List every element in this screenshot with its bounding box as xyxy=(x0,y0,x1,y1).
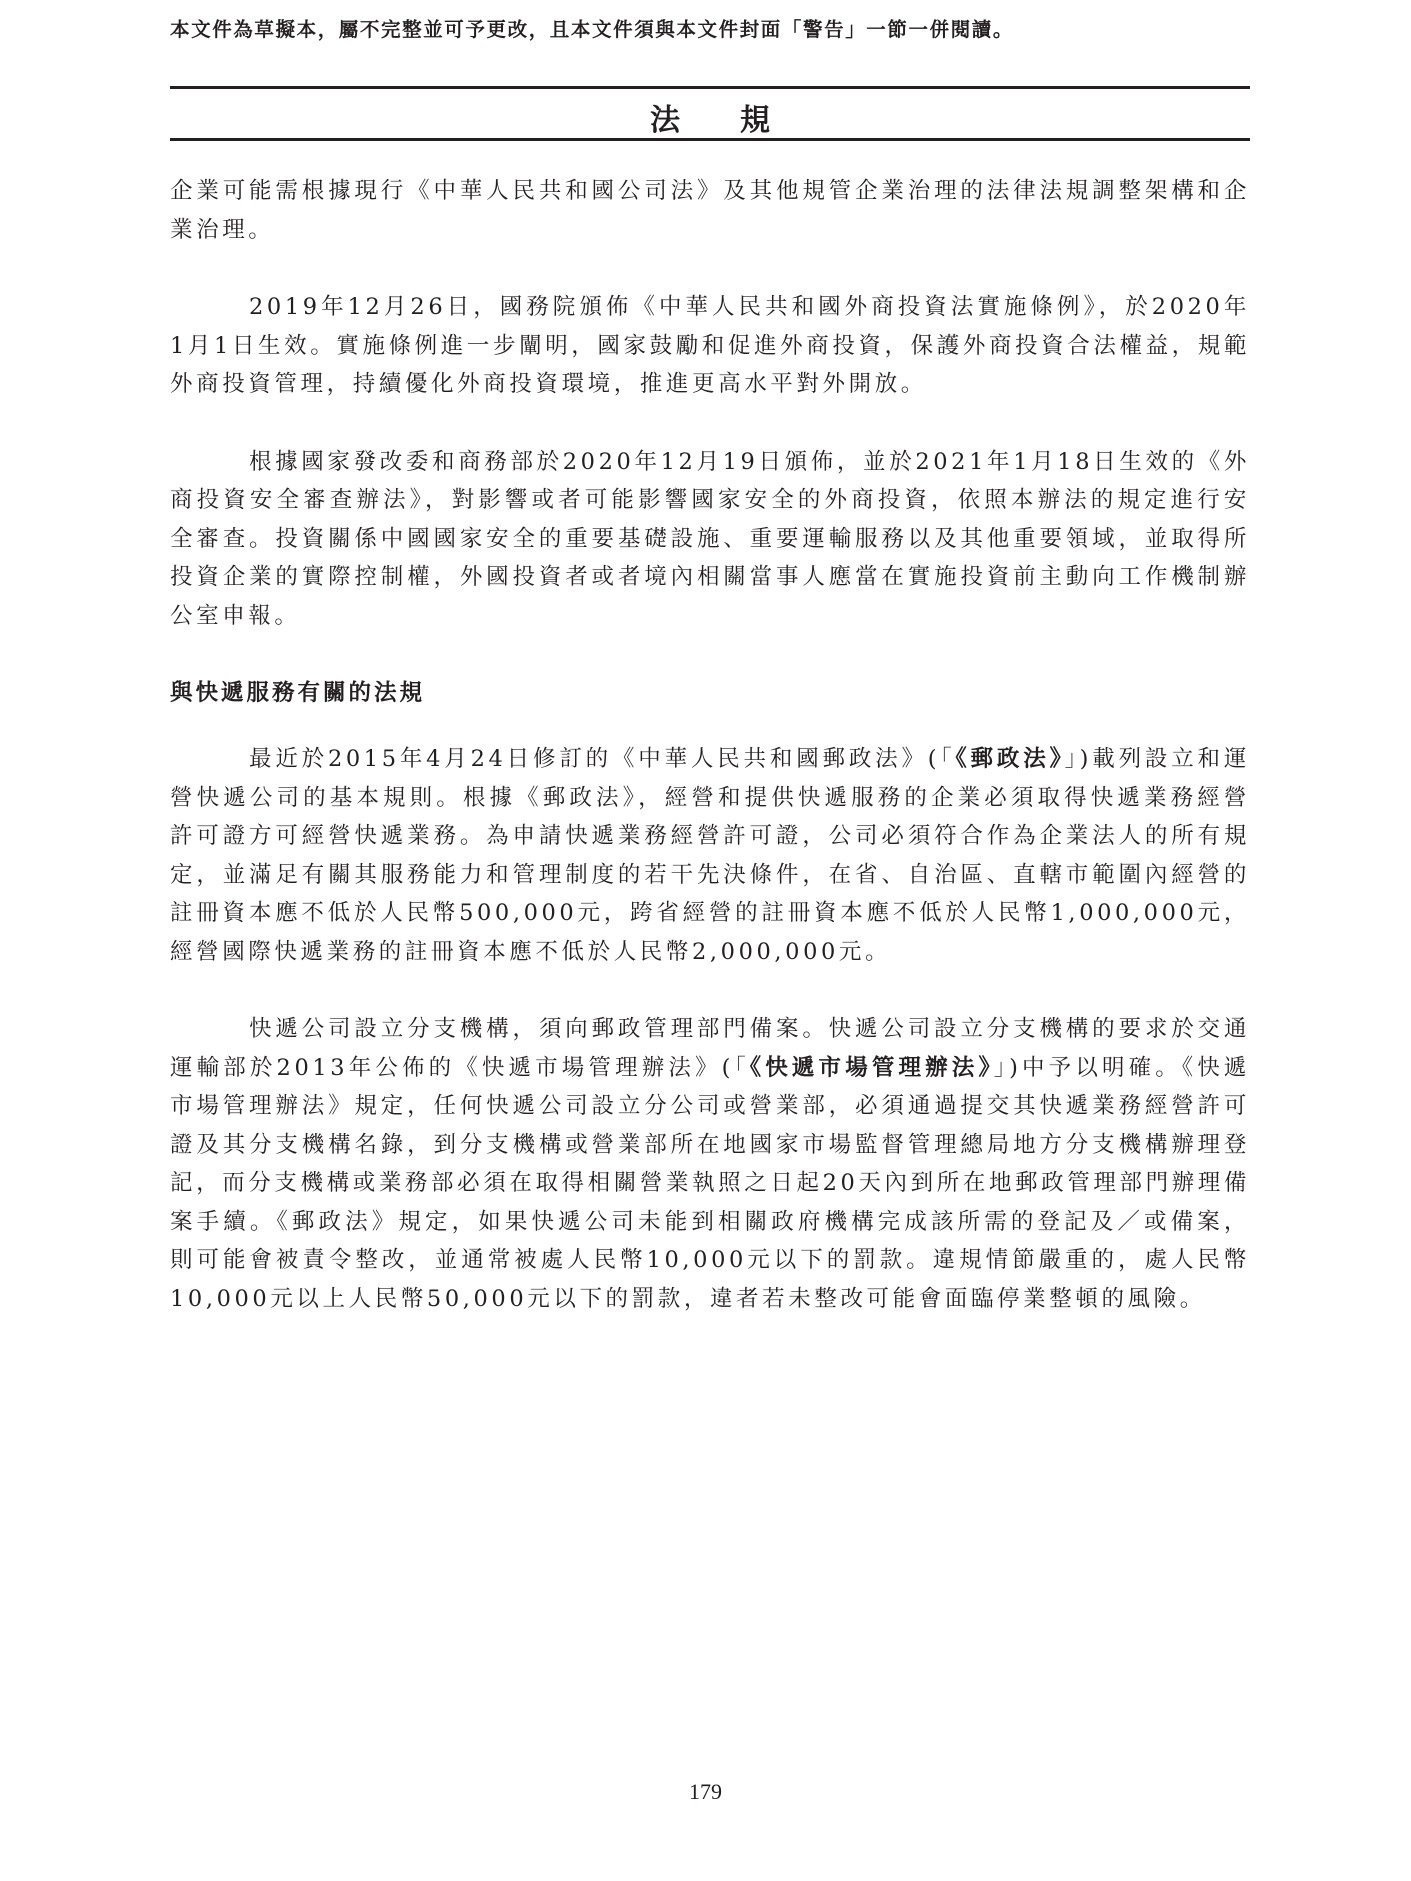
paragraph-postal-law: 最近於2015年4月24日修訂的《中華人民共和國郵政法》(「《郵政法》」)載列設… xyxy=(170,740,1250,971)
text-span: 」)中予以明確。《快遞市場管理辦法》規定，任何快遞公司設立分公司或營業部，必須通… xyxy=(170,1055,1250,1312)
paragraph-foreign-investment-regulations: 2019年12月26日，國務院頒佈《中華人民共和國外商投資法實施條例》，於202… xyxy=(170,288,1250,404)
defined-term: 《郵政法》 xyxy=(955,746,1064,772)
title-rule-top xyxy=(170,86,1250,89)
section-title: 法規 xyxy=(170,95,1250,139)
page-number: 179 xyxy=(0,1779,1411,1805)
title-rule-bottom xyxy=(170,138,1250,141)
defined-term: 《快遞市場管理辦法》 xyxy=(750,1055,994,1081)
paragraph-security-review: 根據國家發改委和商務部於2020年12月19日頒佈，並於2021年1月18日生效… xyxy=(170,443,1250,636)
paragraph-branch-filing: 快遞公司設立分支機構，須向郵政管理部門備案。快遞公司設立分支機構的要求於交通運輸… xyxy=(170,1010,1250,1318)
text-span: 」)載列設立和運營快遞公司的基本規則。根據《郵政法》，經營和提供快遞服務的企業必… xyxy=(170,746,1250,965)
draft-warning-banner: 本文件為草擬本，屬不完整並可予更改，且本文件須與本文件封面「警告」一節一併閱讀。 xyxy=(170,14,1250,42)
text-span: 最近於2015年4月24日修訂的《中華人民共和國郵政法》(「 xyxy=(249,746,955,772)
document-body: 企業可能需根據現行《中華人民共和國公司法》及其他規管企業治理的法律法規調整架構和… xyxy=(170,172,1250,1357)
paragraph-company-law: 企業可能需根據現行《中華人民共和國公司法》及其他規管企業治理的法律法規調整架構和… xyxy=(170,172,1250,249)
subsection-heading: 與快遞服務有關的法規 xyxy=(170,674,1250,712)
